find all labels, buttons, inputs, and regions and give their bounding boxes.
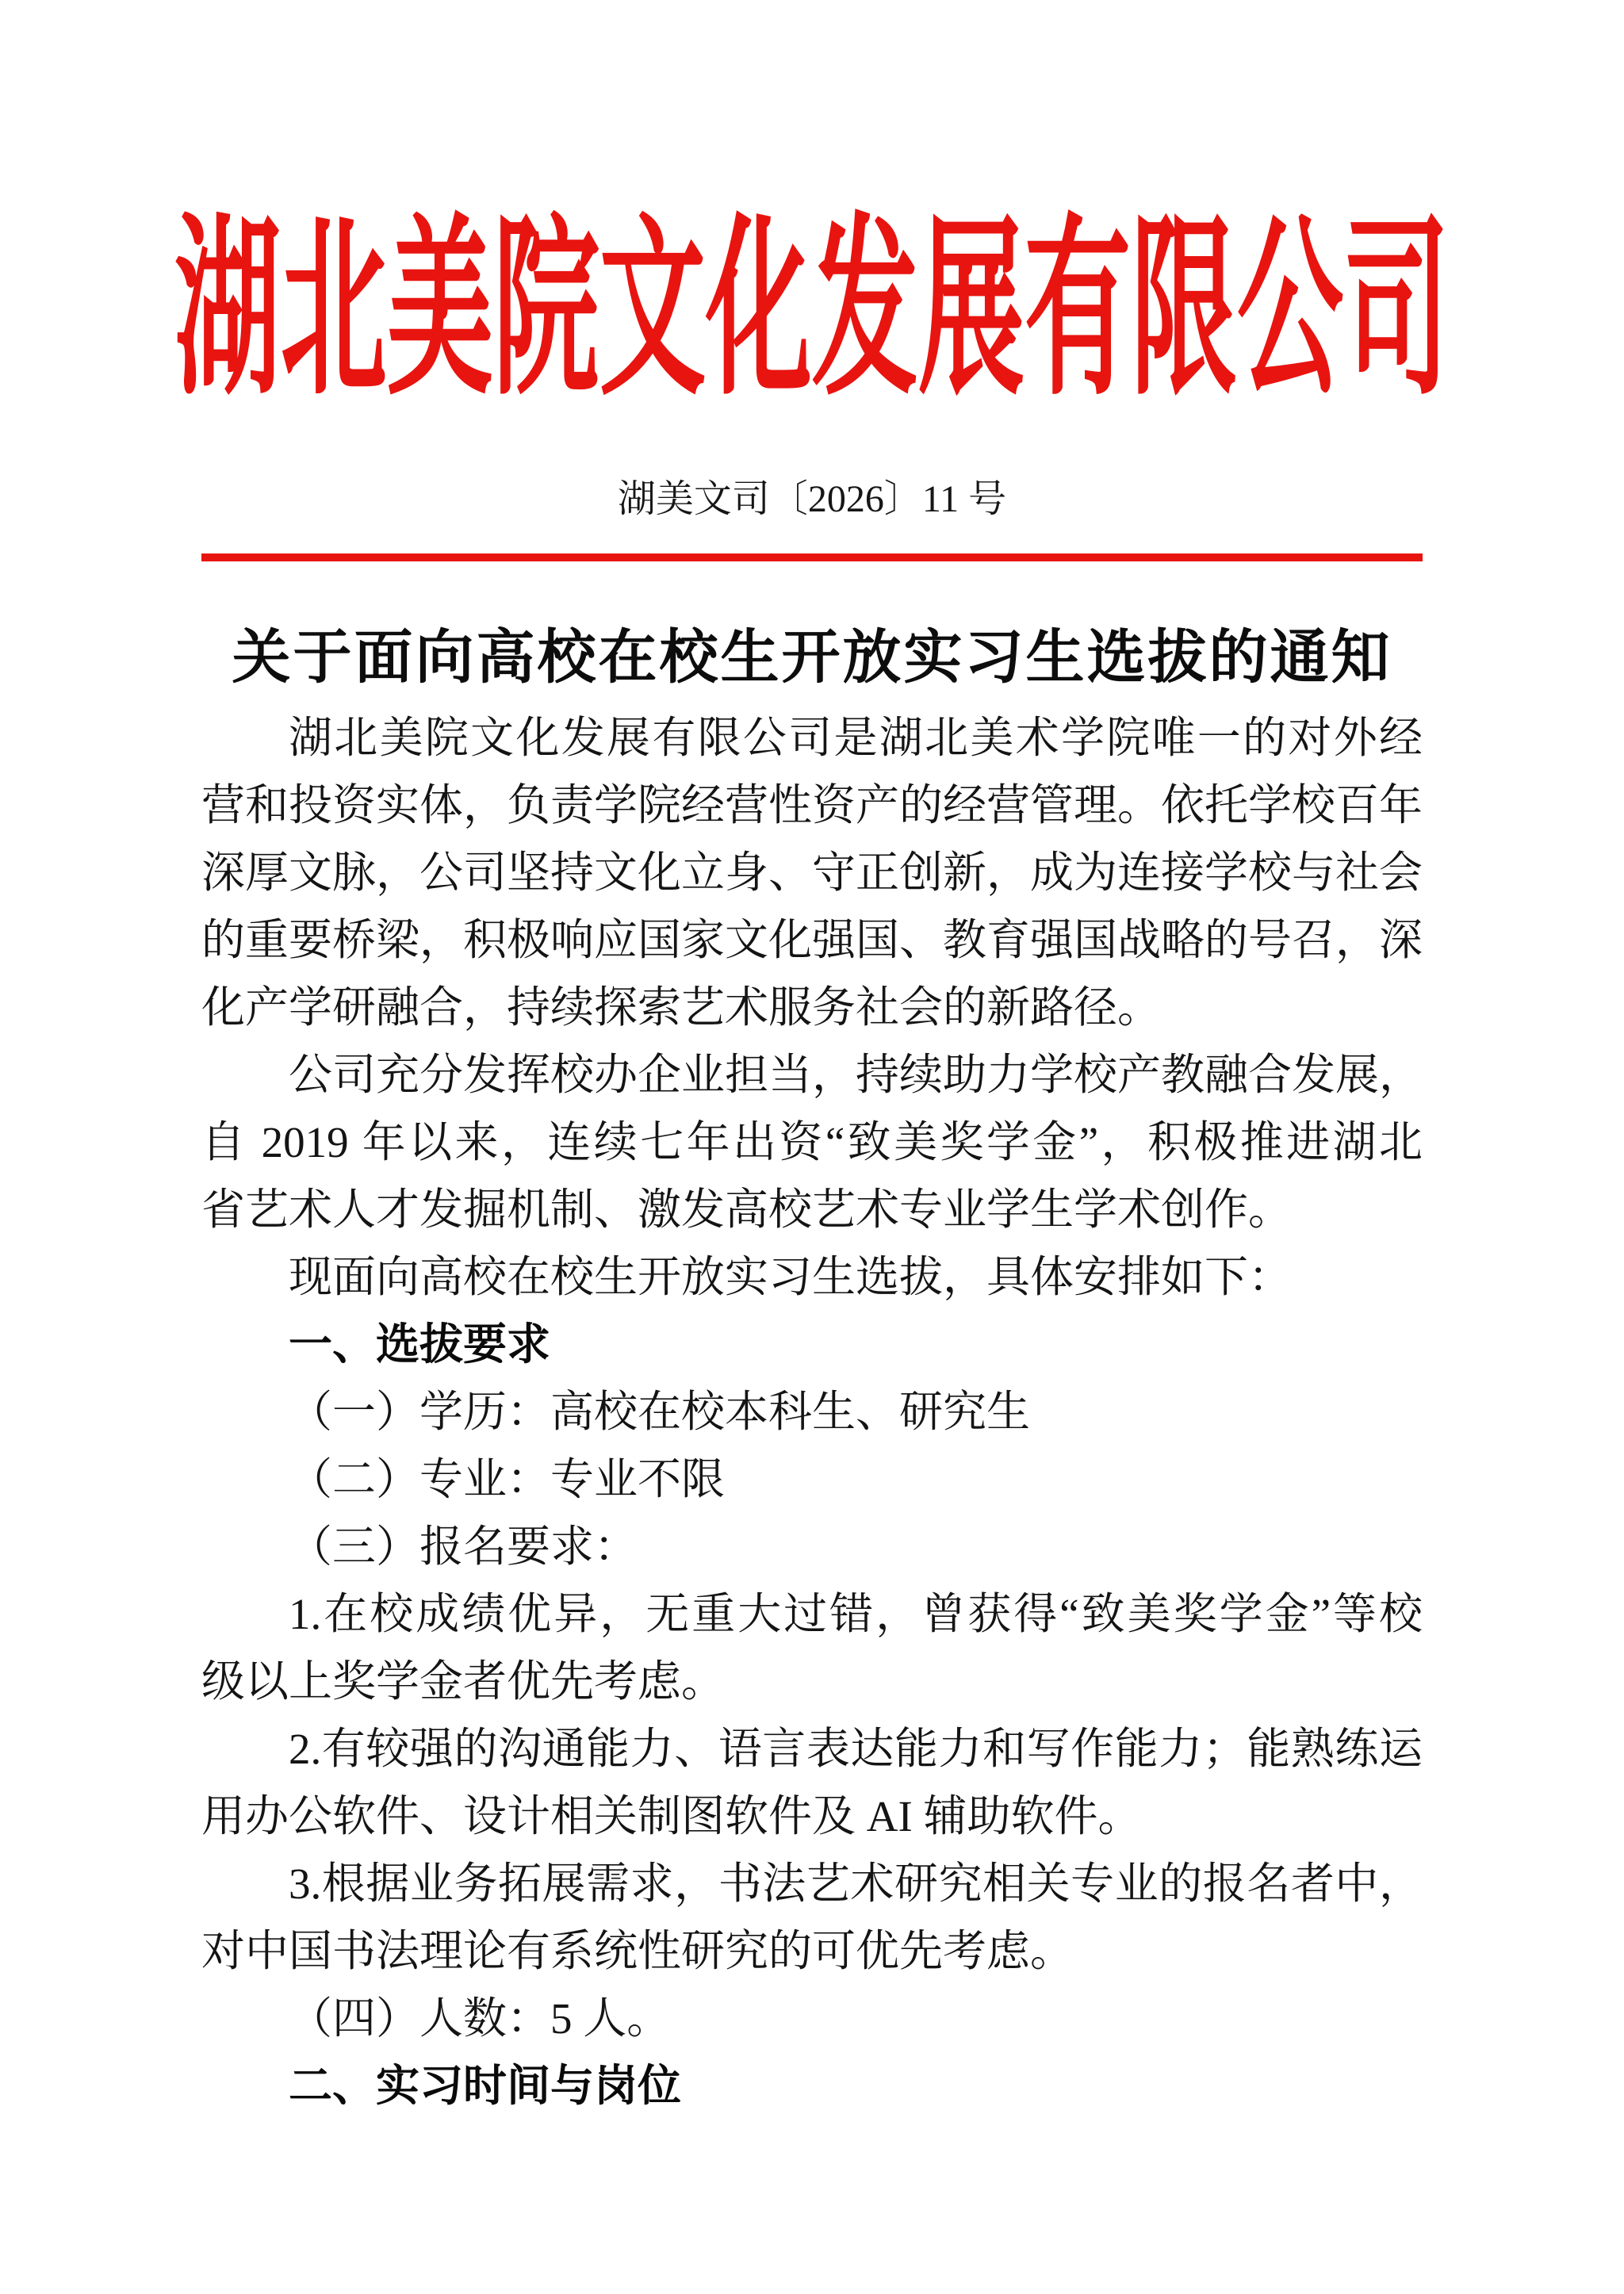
body-line: （三）报名要求： xyxy=(201,1513,1423,1580)
body-line: （一）学历：高校在校本科生、研究生 xyxy=(201,1378,1423,1446)
body-line: 化产学研融合，持续探索艺术服务社会的新路径。 xyxy=(201,974,1423,1041)
body-text: 湖北美院文化发展有限公司是湖北美术学院唯一的对外经营和投资实体，负责学院经营性资… xyxy=(201,704,1423,2120)
company-red-header-title: 湖北美院文化发展有限公司 xyxy=(0,214,1624,408)
body-line: 的重要桥梁，积极响应国家文化强国、教育强国战略的号召，深 xyxy=(201,906,1423,974)
body-line: 湖北美院文化发展有限公司是湖北美术学院唯一的对外经 xyxy=(201,704,1423,772)
body-line: 对中国书法理论有系统性研究的可优先考虑。 xyxy=(201,1917,1423,1985)
body-line: 1.在校成绩优异，无重大过错，曾获得“致美奖学金”等校 xyxy=(201,1580,1423,1648)
body-line: 自 2019 年以来，连续七年出资“致美奖学金”，积极推进湖北 xyxy=(201,1109,1423,1176)
section-heading: 二、实习时间与岗位 xyxy=(201,2052,1423,2120)
notice-document-page: 湖北美院文化发展有限公司 湖美文司〔2026〕11 号 关于面向高校在校生开放实… xyxy=(0,0,1624,2294)
body-line: 营和投资实体，负责学院经营性资产的经营管理。依托学校百年 xyxy=(201,772,1423,839)
document-number: 湖美文司〔2026〕11 号 xyxy=(0,476,1624,523)
red-divider-line xyxy=(201,553,1423,561)
body-line: 级以上奖学金者优先考虑。 xyxy=(201,1648,1423,1715)
body-line: （二）专业：专业不限 xyxy=(201,1446,1423,1513)
body-line: 现面向高校在校生开放实习生选拔，具体安排如下： xyxy=(201,1243,1423,1311)
body-line: 用办公软件、设计相关制图软件及 AI 辅助软件。 xyxy=(201,1783,1423,1850)
body-line: 2.有较强的沟通能力、语言表达能力和写作能力；能熟练运 xyxy=(201,1715,1423,1783)
body-line: （四）人数：5 人。 xyxy=(201,1985,1423,2052)
body-line: 省艺术人才发掘机制、激发高校艺术专业学生学术创作。 xyxy=(201,1176,1423,1243)
body-line: 3.根据业务拓展需求，书法艺术研究相关专业的报名者中， xyxy=(201,1850,1423,1917)
body-line: 公司充分发挥校办企业担当，持续助力学校产教融合发展， xyxy=(201,1041,1423,1109)
section-heading: 一、选拔要求 xyxy=(201,1311,1423,1378)
body-line: 深厚文脉，公司坚持文化立身、守正创新，成为连接学校与社会 xyxy=(201,839,1423,906)
notice-title: 关于面向高校在校生开放实习生选拔的通知 xyxy=(0,625,1624,691)
